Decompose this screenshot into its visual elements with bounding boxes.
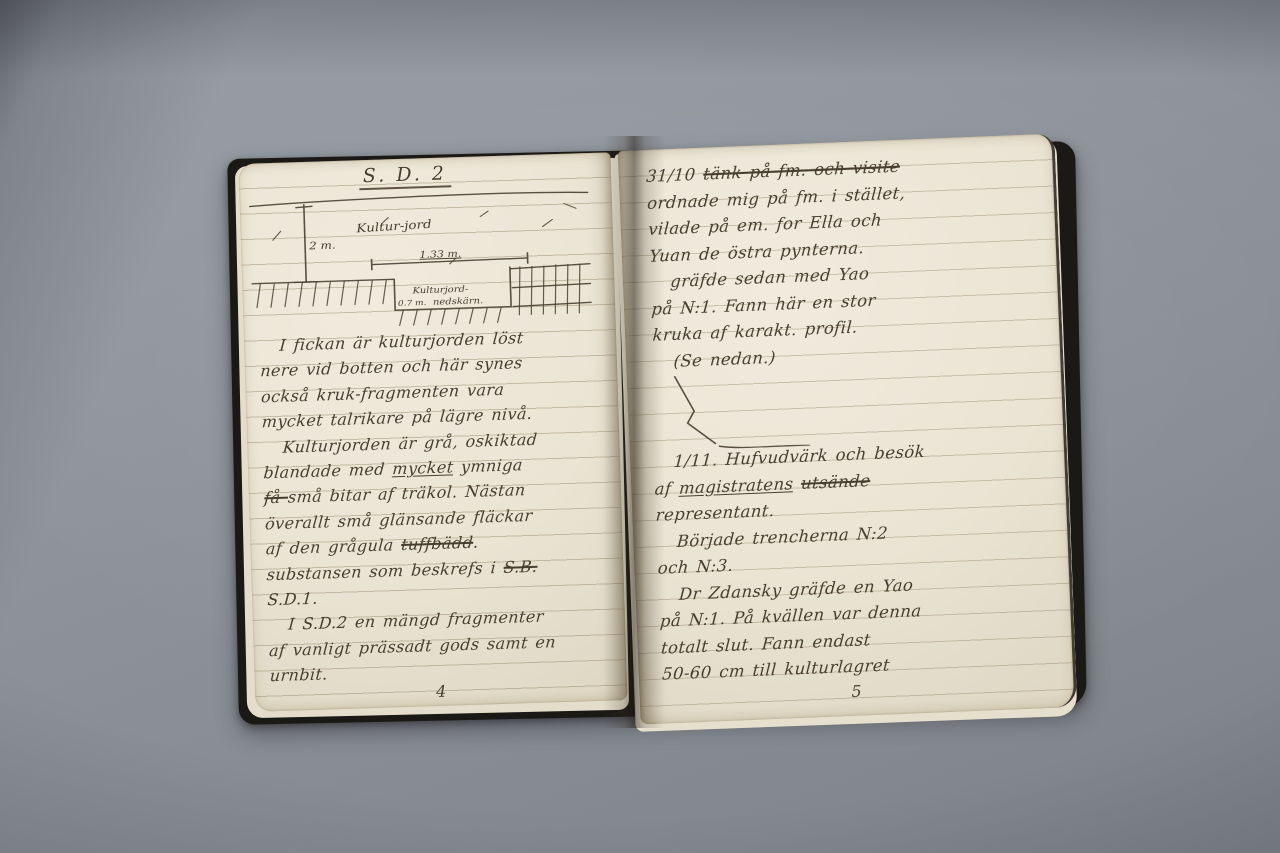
handwriting-text: och N:3. (657, 556, 734, 578)
handwriting-text: Började trencherna N:2 (676, 523, 888, 551)
handwriting-text: 31/10 (646, 165, 704, 186)
handwriting-text: blandade med (263, 459, 393, 482)
diagram-layer-label: Kultur-jord (355, 217, 432, 235)
handwriting-text: mycket (392, 457, 455, 478)
handwriting-text: 50-60 cm till kulturlagret (662, 655, 891, 683)
diagram-cut-depth-label: 0.7 m. (398, 298, 427, 308)
handwriting-text: S.B. (503, 556, 538, 576)
handwriting-text: vilade på em. for Ella och (648, 210, 883, 238)
diagram-cut-label-2: nedskärn. (433, 296, 484, 308)
handwriting-text: tuffbädd (401, 533, 474, 554)
handwriting-text: . (473, 533, 480, 552)
handwriting-text: Yuan de östra pynterna. (649, 238, 865, 266)
notebook: S. D. 2 (205, 128, 1100, 738)
right-page-entry-1-11: 1/11. Hufvudvärk och besökaf magistraten… (652, 434, 1065, 689)
handwriting-text: kruka af karakt. profil. (652, 317, 858, 344)
handwriting-text: S.D.1. (267, 589, 319, 610)
notebook-page-left: S. D. 2 (238, 152, 627, 711)
diagram-ground-line (250, 191, 588, 207)
diagram-cut-label-1: Kulturjord- (411, 284, 468, 296)
photo-of-open-notebook: S. D. 2 (0, 0, 1280, 853)
handwriting-text: utsände (800, 471, 871, 493)
diagram-depth-label: 2 m. (308, 239, 336, 252)
handwriting-text: totalt slut. Fann endast (660, 630, 871, 657)
notebook-page-right: 31/10 tänk på fm. och visiteordnade mig … (618, 133, 1078, 724)
trench-section-diagram: 2 m. Kultur-jord 1.33 m. Kulturjord- 0.7… (241, 176, 613, 333)
handwriting-text: representant. (655, 501, 775, 525)
pot-profile-stroke (675, 371, 810, 450)
handwriting-text: magistratens (678, 474, 794, 498)
pot-profile-sketch (661, 367, 834, 452)
handwriting-text: ymniga (453, 455, 524, 476)
handwriting-text: få (264, 488, 289, 508)
right-page-entry-31-10: 31/10 tänk på fm. och visiteordnade mig … (644, 148, 1052, 376)
left-page-handwriting: I fickan är kulturjorden löstnere vid bo… (258, 322, 621, 689)
handwriting-text: af (654, 478, 680, 498)
handwriting-text: af den grågula (265, 535, 402, 558)
handwriting-text: små bitar af träkol. Nästan (287, 481, 526, 508)
diagram-width-label: 1.33 m. (419, 248, 461, 260)
handwriting-text: gräfde sedan med Yao (670, 264, 870, 291)
handwriting-text: (Se nedan.) (673, 347, 776, 370)
handwriting-text: tänk på fm. och visite (703, 157, 901, 184)
handwriting-text: urnbit. (269, 665, 328, 686)
